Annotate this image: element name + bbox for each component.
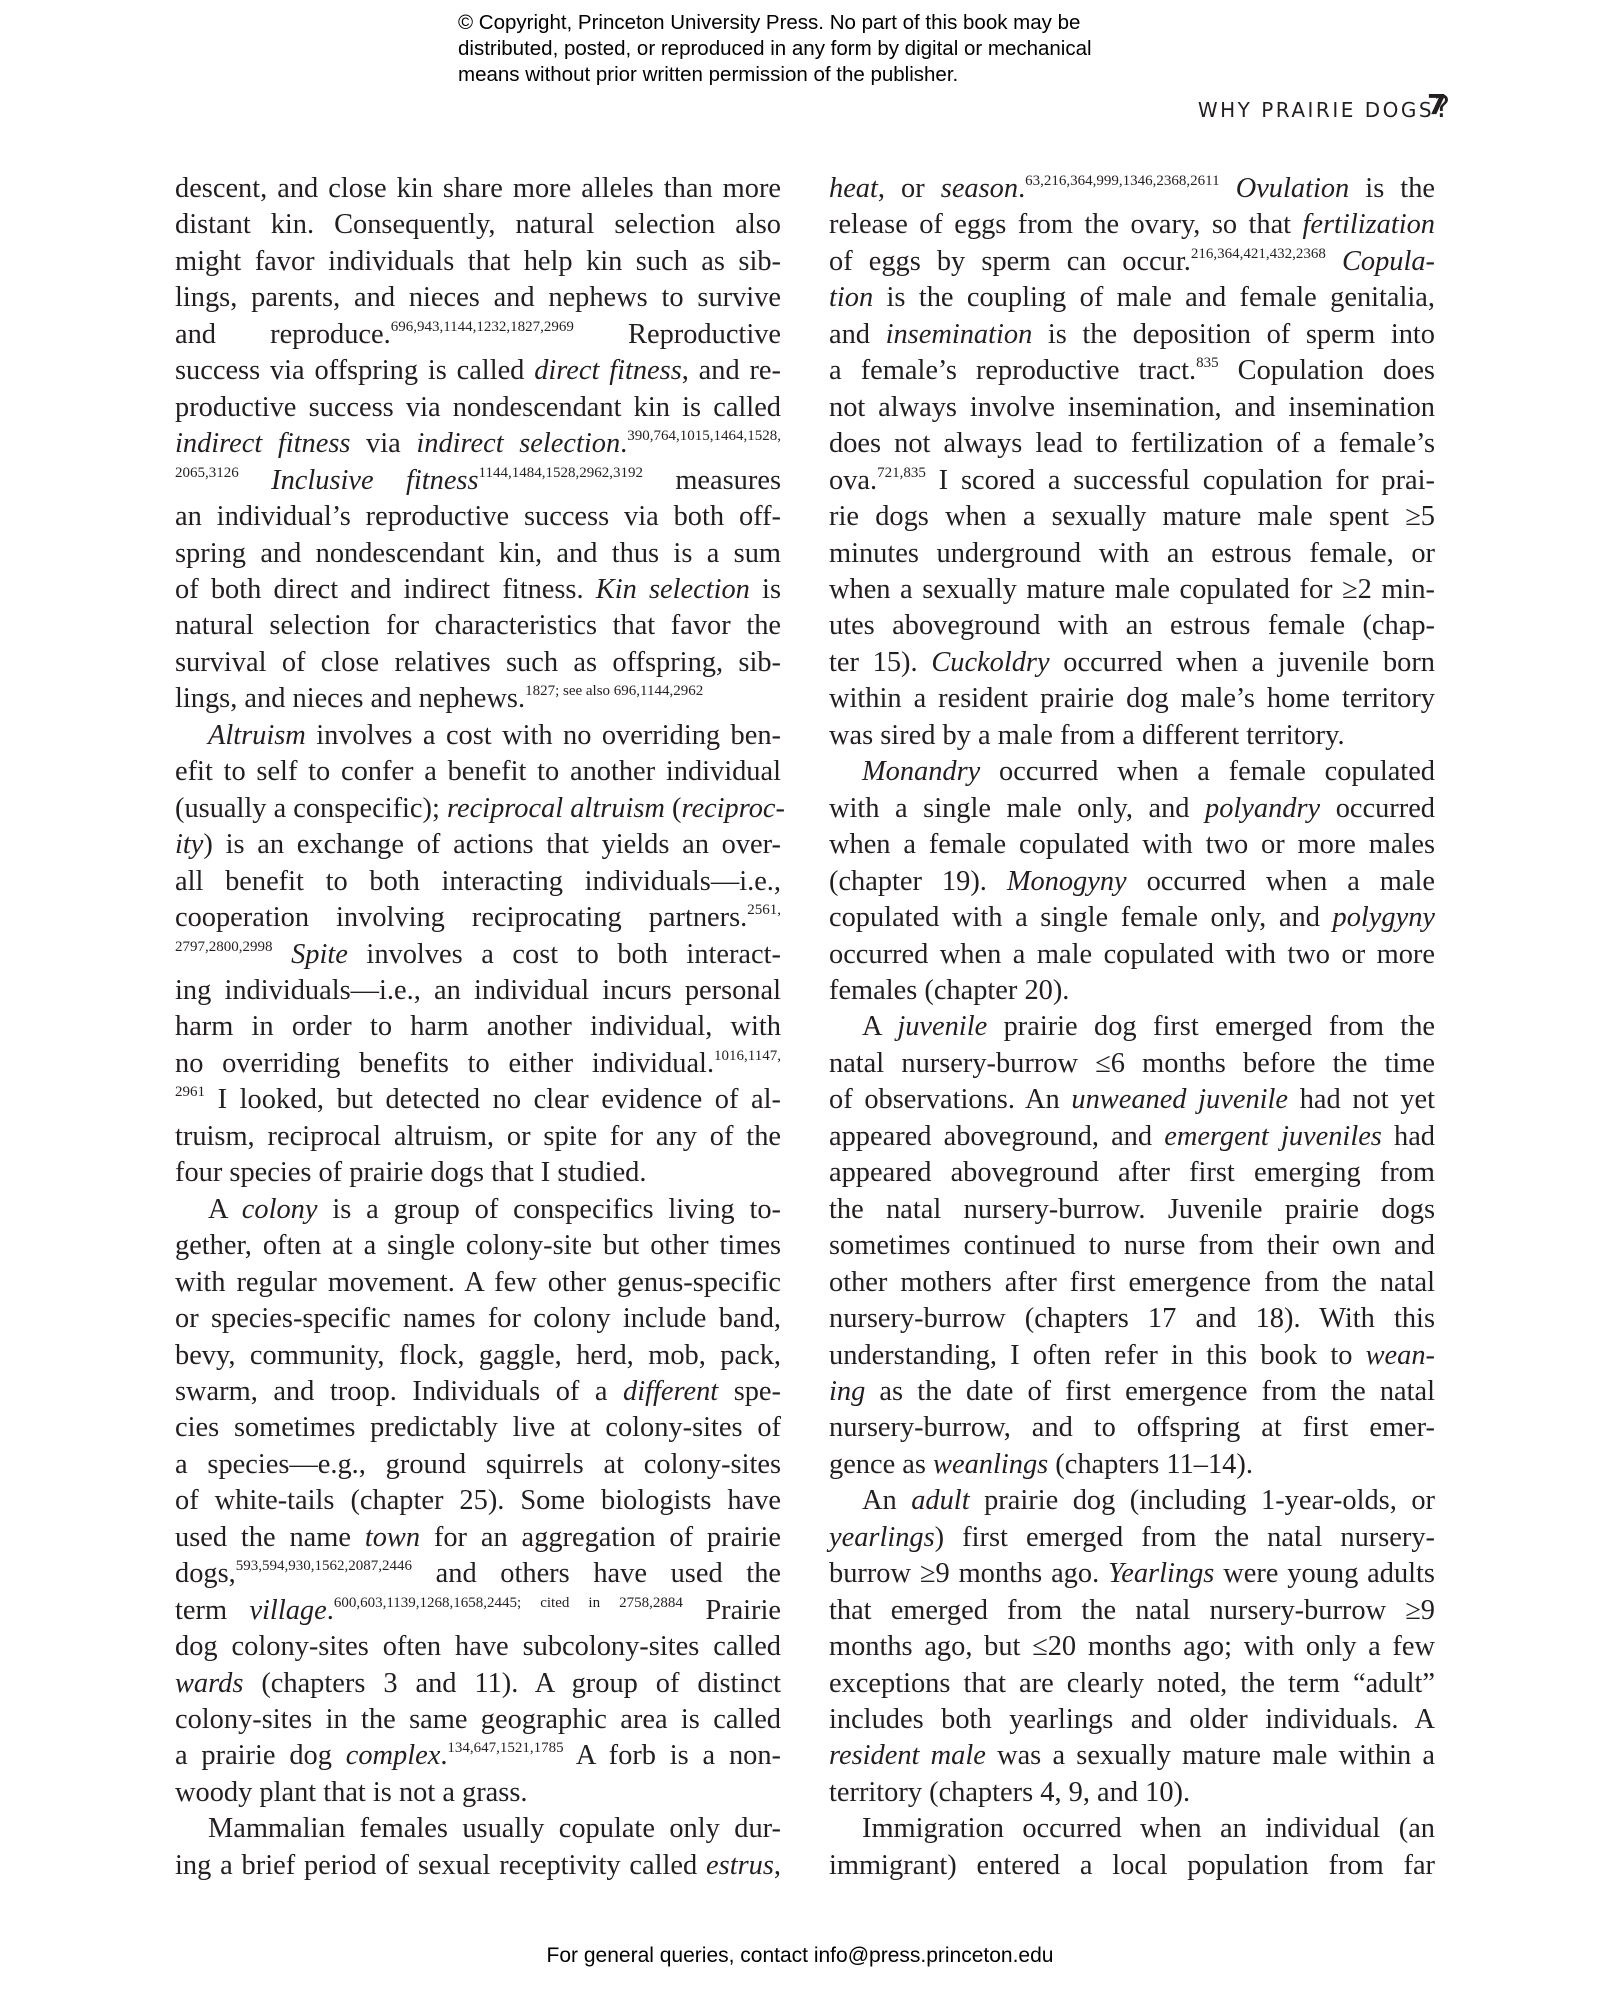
text-line: nursery-burrow (chapters 17 and 18). Wit…	[829, 1301, 1435, 1337]
text-run: gether, often at a single colony-site bu…	[175, 1230, 781, 1261]
text-run: bevy, community, flock, gaggle, herd, mo…	[175, 1340, 781, 1371]
text-line: that emerged from the natal nursery-burr…	[829, 1593, 1435, 1629]
text-line: might favor individuals that help kin su…	[175, 244, 781, 280]
copyright-line: means without prior written permission o…	[458, 62, 1178, 88]
text-line: gether, often at a single colony-site bu…	[175, 1228, 781, 1264]
text-run: Mammalian females usually copulate only …	[208, 1813, 781, 1844]
italic-term: Spite	[291, 939, 348, 970]
italic-term: wards	[175, 1668, 243, 1699]
text-line: gence as weanlings (chapters 11–14).	[829, 1447, 1435, 1483]
footer-contact: For general queries, contact info@press.…	[0, 1944, 1600, 1968]
italic-term: Monandry	[862, 756, 980, 787]
italic-term: insemination	[886, 319, 1033, 350]
text-run: colony-sites in the same geographic area…	[175, 1704, 781, 1735]
text-line: of white-tails (chapter 25). Some biolog…	[175, 1483, 781, 1519]
italic-term: different	[623, 1376, 718, 1407]
text-line: appeared aboveground, and emergent juven…	[829, 1119, 1435, 1155]
italic-term: resident male	[829, 1740, 986, 1771]
text-line: dog colony-sites often have subcolony-si…	[175, 1629, 781, 1665]
text-run: and others have used the	[412, 1558, 781, 1589]
text-line: efit to self to confer a benefit to anot…	[175, 754, 781, 790]
text-run: truism, reciprocal altruism, or spite fo…	[175, 1121, 781, 1152]
italic-term: reciproc-	[681, 793, 785, 824]
italic-term: Copula-	[1342, 246, 1435, 277]
text-run: measures	[643, 465, 781, 496]
text-run: dog colony-sites often have subcolony-si…	[175, 1631, 781, 1662]
text-run: within a resident prairie dog male’s hom…	[829, 683, 1435, 714]
text-run: ing a brief period of sexual receptivity…	[175, 1850, 706, 1881]
text-line: of observations. An unweaned juvenile ha…	[829, 1082, 1435, 1118]
text-line: wards (chapters 3 and 11). A group of di…	[175, 1666, 781, 1702]
text-line: of eggs by sperm can occur.216,364,421,4…	[829, 244, 1435, 280]
text-run: the natal nursery-burrow. Juvenile prair…	[829, 1194, 1435, 1225]
text-run: distant kin. Consequently, natural selec…	[175, 209, 781, 240]
text-run: is a group of conspecifics living to-	[317, 1194, 781, 1225]
text-line: ing a brief period of sexual receptivity…	[175, 1848, 781, 1884]
text-run: when a female copulated with two or more…	[829, 829, 1435, 860]
copyright-line: distributed, posted, or reproduced in an…	[458, 36, 1178, 62]
citation-superscript: 2797,2800,2998	[175, 939, 273, 955]
citation-superscript: 1016,1147,	[714, 1048, 781, 1064]
text-run: , or	[878, 173, 941, 204]
text-run: harm in order to harm another individual…	[175, 1011, 781, 1042]
text-run: and reproduce.	[175, 319, 391, 350]
text-line: not always involve insemination, and ins…	[829, 390, 1435, 426]
citation-superscript: 721,835	[877, 465, 926, 481]
text-run: Prairie	[683, 1595, 781, 1626]
italic-term: Kin selection	[596, 574, 750, 605]
text-run: females (chapter 20).	[829, 975, 1069, 1006]
text-line: no overriding benefits to either individ…	[175, 1046, 781, 1082]
text-run: exceptions that are clearly noted, the t…	[829, 1668, 1435, 1699]
text-run: other mothers after first emergence from…	[829, 1267, 1435, 1298]
text-line: descent, and close kin share more allele…	[175, 171, 781, 207]
text-line: a prairie dog complex.134,647,1521,1785 …	[175, 1738, 781, 1774]
text-line: occurred when a male copulated with two …	[829, 937, 1435, 973]
text-run: Immigration occurred when an individual …	[862, 1813, 1435, 1844]
italic-term: reciprocal altruism	[447, 793, 665, 824]
text-line: with a single male only, and polyandry o…	[829, 791, 1435, 827]
text-line: (usually a conspecific); reciprocal altr…	[175, 791, 781, 827]
text-line: sometimes continued to nurse from their …	[829, 1228, 1435, 1264]
text-line: natural selection for characteristics th…	[175, 608, 781, 644]
text-line: ter 15). Cuckoldry occurred when a juven…	[829, 645, 1435, 681]
text-run: cooperation involving reciprocating part…	[175, 902, 747, 933]
text-run: had not yet	[1288, 1084, 1435, 1115]
text-line: when a sexually mature male copulated fo…	[829, 572, 1435, 608]
text-run: swarm, and troop. Individuals of a	[175, 1376, 623, 1407]
copyright-notice: © Copyright, Princeton University Press.…	[458, 10, 1178, 88]
text-line: ity) is an exchange of actions that yiel…	[175, 827, 781, 863]
text-line: a species—e.g., ground squirrels at colo…	[175, 1447, 781, 1483]
citation-superscript: 2065,3126	[175, 465, 239, 481]
italic-term: Inclusive fitness	[271, 465, 478, 496]
italic-term: Monogyny	[1007, 866, 1127, 897]
text-line: copulated with a single female only, and…	[829, 900, 1435, 936]
text-line: spring and nondescendant kin, and thus i…	[175, 536, 781, 572]
text-run: was a sexually mature male within a	[986, 1740, 1435, 1771]
text-line: indirect fitness via indirect selection.…	[175, 426, 781, 462]
text-line: does not always lead to fertilization of…	[829, 426, 1435, 462]
text-line: includes both yearlings and older indivi…	[829, 1702, 1435, 1738]
right-text-column: heat, or season.63,216,364,999,1346,2368…	[829, 171, 1435, 1884]
text-run: understanding, I often refer in this boo…	[829, 1340, 1366, 1371]
text-line: dogs,593,594,930,1562,2087,2446 and othe…	[175, 1556, 781, 1592]
text-run: (chapter 19).	[829, 866, 1007, 897]
text-line: of both direct and indirect fitness. Kin…	[175, 572, 781, 608]
text-line: utes aboveground with an estrous female …	[829, 608, 1435, 644]
text-run: term	[175, 1595, 249, 1626]
text-line: an individual’s reproductive success via…	[175, 499, 781, 535]
text-line: appeared aboveground after first emergin…	[829, 1155, 1435, 1191]
text-run: is the coupling of male and female genit…	[873, 282, 1435, 313]
text-run: ) first emerged from the natal nursery-	[935, 1522, 1435, 1553]
italic-term: juvenile	[897, 1011, 987, 1042]
text-line: (chapter 19). Monogyny occurred when a m…	[829, 864, 1435, 900]
text-run: I scored a successful copulation for pra…	[926, 465, 1435, 496]
text-run: A	[208, 1194, 242, 1225]
text-line: release of eggs from the ovary, so that …	[829, 207, 1435, 243]
text-run: (chapters 11–14).	[1048, 1449, 1253, 1480]
text-run: spring and nondescendant kin, and thus i…	[175, 538, 781, 569]
text-run: occurred	[1320, 793, 1435, 824]
left-text-column: descent, and close kin share more allele…	[175, 171, 781, 1884]
text-line: Mammalian females usually copulate only …	[175, 1811, 781, 1847]
text-run: of eggs by sperm can occur.	[829, 246, 1191, 277]
text-run: .	[327, 1595, 334, 1626]
text-line: ova.721,835 I scored a successful copula…	[829, 463, 1435, 499]
copyright-line: © Copyright, Princeton University Press.…	[458, 10, 1178, 36]
text-run: sometimes continued to nurse from their …	[829, 1230, 1435, 1261]
italic-term: wean-	[1366, 1340, 1435, 1371]
text-line: immigrant) entered a local population fr…	[829, 1848, 1435, 1884]
text-run: nursery-burrow, and to offspring at firs…	[829, 1412, 1435, 1443]
text-line: territory (chapters 4, 9, and 10).	[829, 1775, 1435, 1811]
running-head: WHY PRAIRIE DOGS?	[1198, 90, 1450, 125]
text-run: with regular movement. A few other genus…	[175, 1267, 781, 1298]
text-line: productive success via nondescendant kin…	[175, 390, 781, 426]
text-run: of observations. An	[829, 1084, 1071, 1115]
text-run: burrow ≥9 months ago.	[829, 1558, 1108, 1589]
text-line: harm in order to harm another individual…	[175, 1009, 781, 1045]
citation-superscript: 390,764,1015,1464,1528,	[627, 428, 781, 444]
italic-term: complex	[346, 1740, 441, 1771]
citation-superscript: 2561,	[747, 902, 781, 918]
text-line: all benefit to both interacting individu…	[175, 864, 781, 900]
italic-term: fertilization	[1303, 209, 1436, 240]
text-run: might favor individuals that help kin su…	[175, 246, 781, 277]
text-run: descent, and close kin share more allele…	[175, 173, 781, 204]
italic-term: adult	[911, 1485, 969, 1516]
text-run: with a single male only, and	[829, 793, 1205, 824]
text-run: appeared aboveground, and	[829, 1121, 1164, 1152]
text-run: , and re-	[682, 355, 781, 386]
running-head-title: WHY PRAIRIE DOGS	[1198, 98, 1434, 122]
text-run: months ago, but ≤20 months ago; with onl…	[829, 1631, 1435, 1662]
text-line: heat, or season.63,216,364,999,1346,2368…	[829, 171, 1435, 207]
text-line: Monandry occurred when a female copulate…	[829, 754, 1435, 790]
text-run: utes aboveground with an estrous female …	[829, 610, 1435, 641]
text-line: yearlings) first emerged from the natal …	[829, 1520, 1435, 1556]
text-run: includes both yearlings and older indivi…	[829, 1704, 1435, 1735]
text-run: minutes underground with an estrous fema…	[829, 538, 1435, 569]
text-run: A forb is a non-	[564, 1740, 781, 1771]
text-line: natal nursery-burrow ≤6 months before th…	[829, 1046, 1435, 1082]
text-line: used the name town for an aggregation of…	[175, 1520, 781, 1556]
text-line: minutes underground with an estrous fema…	[829, 536, 1435, 572]
text-run: A	[862, 1011, 897, 1042]
text-line: distant kin. Consequently, natural selec…	[175, 207, 781, 243]
text-run: or species-specific names for colony inc…	[175, 1303, 781, 1334]
text-run: (chapters 3 and 11). A group of distinct	[243, 1668, 781, 1699]
text-line: and insemination is the deposition of sp…	[829, 317, 1435, 353]
text-run: rie dogs when a sexually mature male spe…	[829, 501, 1435, 532]
text-run: is the	[1349, 173, 1435, 204]
text-run: release of eggs from the ovary, so that	[829, 209, 1303, 240]
italic-term: Ovulation	[1236, 173, 1350, 204]
text-run: immigrant) entered a local population fr…	[829, 1850, 1435, 1881]
text-run: territory (chapters 4, 9, and 10).	[829, 1777, 1190, 1808]
text-run: Copulation does	[1219, 355, 1435, 386]
text-run: woody plant that is not a grass.	[175, 1777, 527, 1808]
text-run: involves a cost with no overriding ben-	[306, 720, 781, 751]
italic-term: Altruism	[208, 720, 306, 751]
text-line: months ago, but ≤20 months ago; with onl…	[829, 1629, 1435, 1665]
text-run: occurred when a juvenile born	[1050, 647, 1435, 678]
citation-superscript: 696,943,1144,1232,1827,2969	[391, 319, 574, 335]
text-line: ing individuals—i.e., an individual incu…	[175, 973, 781, 1009]
text-line: ing as the date of first emergence from …	[829, 1374, 1435, 1410]
italic-term: indirect fitness	[175, 428, 350, 459]
italic-term: town	[365, 1522, 420, 1553]
text-line: Immigration occurred when an individual …	[829, 1811, 1435, 1847]
italic-term: emergent juveniles	[1164, 1121, 1382, 1152]
text-run: gence as	[829, 1449, 933, 1480]
text-line: bevy, community, flock, gaggle, herd, mo…	[175, 1338, 781, 1374]
italic-term: polygyny	[1333, 902, 1435, 933]
text-run: cies sometimes predictably live at colon…	[175, 1412, 781, 1443]
text-run: for an aggregation of prairie	[420, 1522, 781, 1553]
text-line: A colony is a group of conspecifics livi…	[175, 1192, 781, 1228]
text-run: was sired by a male from a different ter…	[829, 720, 1345, 751]
italic-term: heat	[829, 173, 878, 204]
citation-superscript: 1144,1484,1528,2962,3192	[479, 465, 643, 481]
text-run: an individual’s reproductive success via…	[175, 501, 781, 532]
text-line: exceptions that are clearly noted, the t…	[829, 1666, 1435, 1702]
text-run: productive success via nondescendant kin…	[175, 392, 781, 423]
text-run: a species—e.g., ground squirrels at colo…	[175, 1449, 781, 1480]
text-run: success via offspring is called	[175, 355, 534, 386]
text-run: survival of close relatives such as offs…	[175, 647, 781, 678]
text-run: occurred when a female copulated	[980, 756, 1435, 787]
text-line: tion is the coupling of male and female …	[829, 280, 1435, 316]
text-line: Altruism involves a cost with no overrid…	[175, 718, 781, 754]
text-run: prairie dog first emerged from the	[987, 1011, 1435, 1042]
italic-term: weanlings	[933, 1449, 1048, 1480]
text-run: prairie dog (including 1-year-olds, or	[970, 1485, 1435, 1516]
text-run: dogs,	[175, 1558, 236, 1589]
citation-superscript: 600,603,1139,1268,1658,2445; cited in 27…	[334, 1595, 683, 1611]
italic-term: ity	[175, 829, 203, 860]
text-line: resident male was a sexually mature male…	[829, 1738, 1435, 1774]
citation-superscript: 593,594,930,1562,2087,2446	[236, 1558, 412, 1574]
text-line: rie dogs when a sexually mature male spe…	[829, 499, 1435, 535]
italic-term: Cuckoldry	[931, 647, 1049, 678]
text-line: colony-sites in the same geographic area…	[175, 1702, 781, 1738]
text-line: lings, and nieces and nephews.1827; see …	[175, 681, 781, 717]
text-line: swarm, and troop. Individuals of a diffe…	[175, 1374, 781, 1410]
text-run: all benefit to both interacting individu…	[175, 866, 781, 897]
text-run: ,	[774, 1850, 781, 1881]
text-run: four species of prairie dogs that I stud…	[175, 1157, 646, 1188]
text-line: woody plant that is not a grass.	[175, 1775, 781, 1811]
text-run: occurred when a male	[1127, 866, 1435, 897]
text-line: the natal nursery-burrow. Juvenile prair…	[829, 1192, 1435, 1228]
text-run: ova.	[829, 465, 877, 496]
text-line: truism, reciprocal altruism, or spite fo…	[175, 1119, 781, 1155]
text-run: is	[750, 574, 781, 605]
text-run: had	[1382, 1121, 1435, 1152]
text-run: involves a cost to both interact-	[348, 939, 781, 970]
text-run: no overriding benefits to either individ…	[175, 1048, 714, 1079]
text-line: nursery-burrow, and to offspring at firs…	[829, 1410, 1435, 1446]
text-line: within a resident prairie dog male’s hom…	[829, 681, 1435, 717]
citation-superscript: 63,216,364,999,1346,2368,2611	[1025, 173, 1219, 189]
citation-superscript: 1827; see also 696,1144,2962	[525, 683, 703, 699]
italic-term: indirect selection	[416, 428, 620, 459]
text-line: when a female copulated with two or more…	[829, 827, 1435, 863]
text-line: lings, parents, and nieces and nephews t…	[175, 280, 781, 316]
text-run: natal nursery-burrow ≤6 months before th…	[829, 1048, 1435, 1079]
text-run: Reproductive	[574, 319, 781, 350]
italic-term: village	[249, 1595, 326, 1626]
citation-superscript: 216,364,421,432,2368	[1191, 246, 1326, 262]
text-run: lings, parents, and nieces and nephews t…	[175, 282, 781, 313]
italic-term: polyandry	[1205, 793, 1320, 824]
text-run: An	[862, 1485, 911, 1516]
text-line: 2797,2800,2998 Spite involves a cost to …	[175, 937, 781, 973]
text-run: ) is an exchange of actions that yields …	[203, 829, 781, 860]
text-line: females (chapter 20).	[829, 973, 1435, 1009]
text-line: cooperation involving reciprocating part…	[175, 900, 781, 936]
italic-term: yearlings	[829, 1522, 935, 1553]
text-run: used the name	[175, 1522, 365, 1553]
text-line: other mothers after first emergence from…	[829, 1265, 1435, 1301]
text-run: of white-tails (chapter 25). Some biolog…	[175, 1485, 781, 1516]
text-run: as the date of first emergence from the …	[865, 1376, 1435, 1407]
text-run: via	[350, 428, 416, 459]
text-run: that emerged from the natal nursery-burr…	[829, 1595, 1435, 1626]
citation-superscript: 134,647,1521,1785	[447, 1740, 563, 1756]
text-run: and	[829, 319, 886, 350]
text-run: natural selection for characteristics th…	[175, 610, 781, 641]
text-run: a prairie dog	[175, 1740, 346, 1771]
text-run: (	[665, 793, 682, 824]
citation-superscript: 835	[1196, 355, 1219, 371]
text-run: a female’s reproductive tract.	[829, 355, 1196, 386]
text-run: does not always lead to fertilization of…	[829, 428, 1435, 459]
text-line: survival of close relatives such as offs…	[175, 645, 781, 681]
text-line: success via offspring is called direct f…	[175, 353, 781, 389]
italic-term: unweaned juvenile	[1071, 1084, 1288, 1115]
text-line: burrow ≥9 months ago. Yearlings were you…	[829, 1556, 1435, 1592]
italic-term: ing	[829, 1376, 865, 1407]
italic-term: estrus	[706, 1850, 774, 1881]
text-run: spe-	[718, 1376, 781, 1407]
text-run: ter 15).	[829, 647, 931, 678]
italic-term: direct fitness	[534, 355, 682, 386]
text-run: of both direct and indirect fitness.	[175, 574, 596, 605]
page-number: 7	[1427, 88, 1446, 121]
text-run: nursery-burrow (chapters 17 and 18). Wit…	[829, 1303, 1435, 1334]
text-run: efit to self to confer a benefit to anot…	[175, 756, 781, 787]
text-line: and reproduce.696,943,1144,1232,1827,296…	[175, 317, 781, 353]
text-line: term village.600,603,1139,1268,1658,2445…	[175, 1593, 781, 1629]
text-line: or species-specific names for colony inc…	[175, 1301, 781, 1337]
text-line: a female’s reproductive tract.835 Copula…	[829, 353, 1435, 389]
text-line: 2065,3126 Inclusive fitness1144,1484,152…	[175, 463, 781, 499]
text-line: four species of prairie dogs that I stud…	[175, 1155, 781, 1191]
italic-term: Yearlings	[1108, 1558, 1214, 1589]
text-run: ing individuals—i.e., an individual incu…	[175, 975, 781, 1006]
italic-term: colony	[242, 1194, 318, 1225]
italic-term: season	[941, 173, 1018, 204]
text-run: appeared aboveground after first emergin…	[829, 1157, 1435, 1188]
text-run: copulated with a single female only, and	[829, 902, 1333, 933]
italic-term: tion	[829, 282, 873, 313]
text-run: not always involve insemination, and ins…	[829, 392, 1435, 423]
text-run: I looked, but detected no clear evidence…	[205, 1084, 781, 1115]
text-line: with regular movement. A few other genus…	[175, 1265, 781, 1301]
text-run: when a sexually mature male copulated fo…	[829, 574, 1435, 605]
text-run: is the deposition of sperm into	[1032, 319, 1435, 350]
text-line: understanding, I often refer in this boo…	[829, 1338, 1435, 1374]
text-run: occurred when a male copulated with two …	[829, 939, 1435, 970]
text-line: An adult prairie dog (including 1-year-o…	[829, 1483, 1435, 1519]
text-run: lings, and nieces and nephews.	[175, 683, 525, 714]
text-line: 2961 I looked, but detected no clear evi…	[175, 1082, 781, 1118]
citation-superscript: 2961	[175, 1084, 205, 1100]
text-run: (usually a conspecific);	[175, 793, 447, 824]
text-line: was sired by a male from a different ter…	[829, 718, 1435, 754]
text-line: cies sometimes predictably live at colon…	[175, 1410, 781, 1446]
text-line: A juvenile prairie dog first emerged fro…	[829, 1009, 1435, 1045]
text-run: were young adults	[1214, 1558, 1435, 1589]
